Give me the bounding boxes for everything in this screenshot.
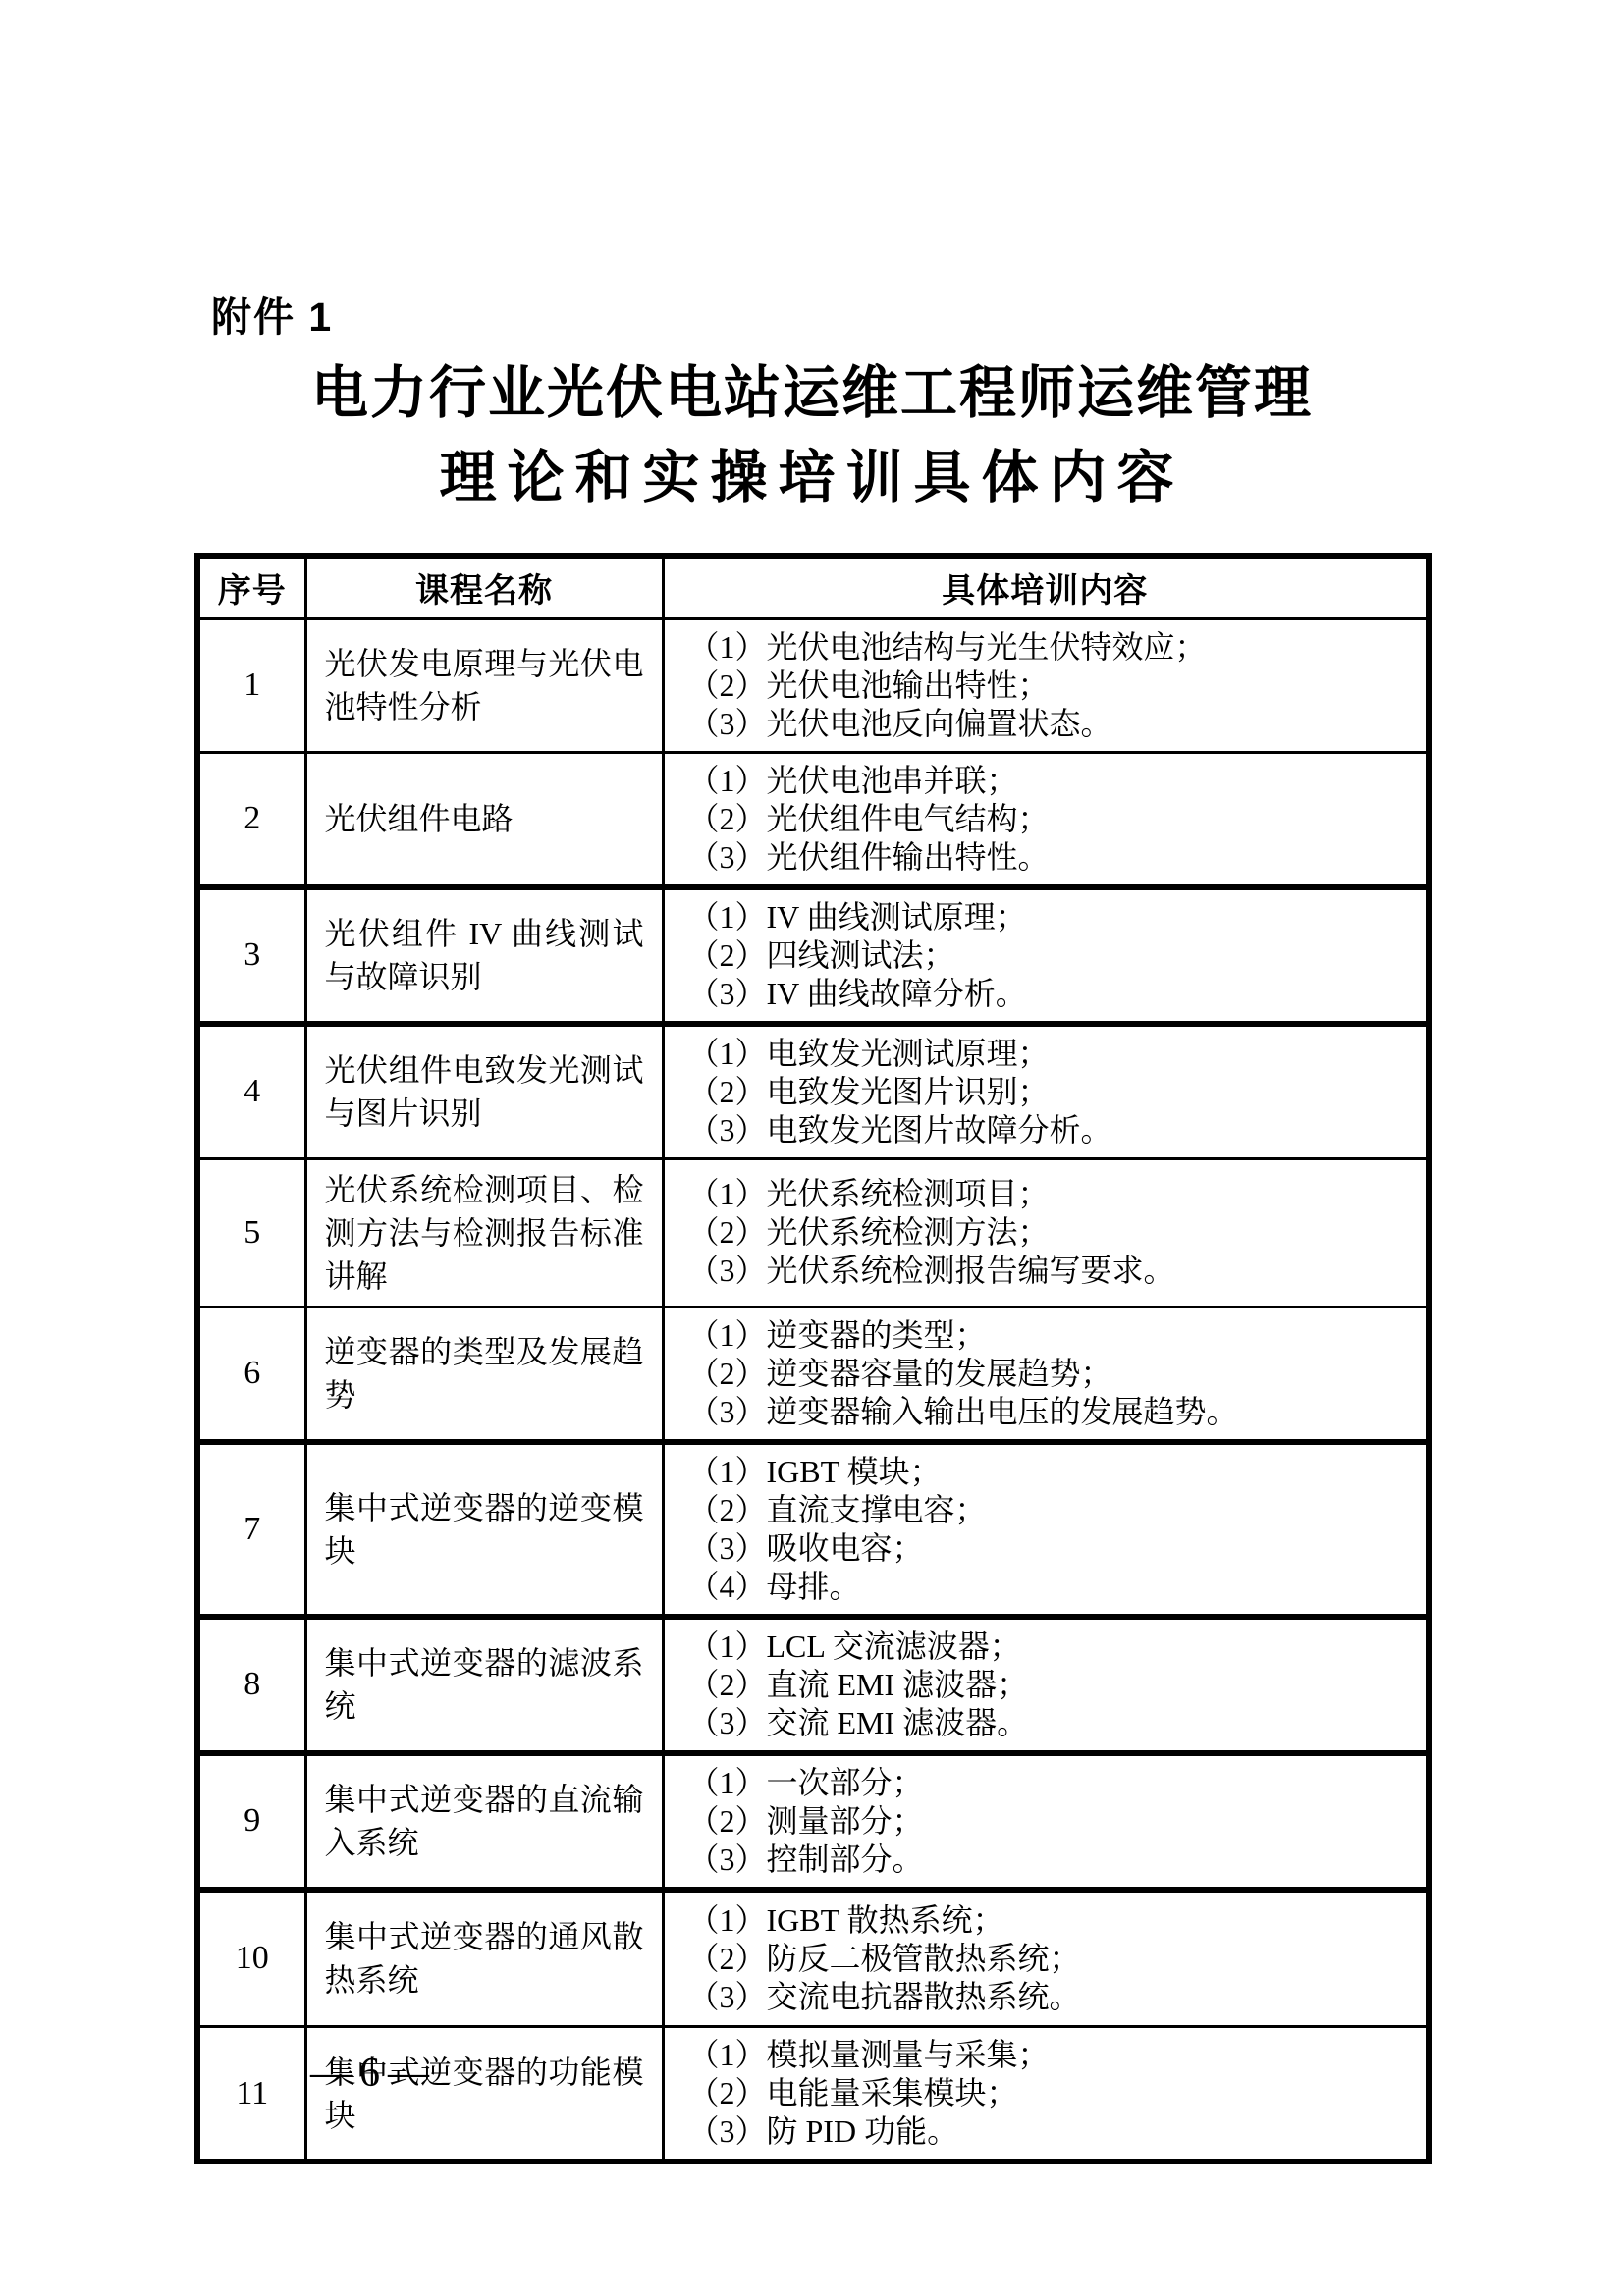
content-line: （2）直流 EMI 滤波器； (688, 1666, 1415, 1704)
content-line: （2）电能量采集模块； (688, 2074, 1415, 2112)
content-line: （3）吸收电容； (688, 1529, 1415, 1568)
course-content: （1）IV 曲线测试原理；（2）四线测试法；（3）IV 曲线故障分析。 (663, 887, 1429, 1024)
course-content: （1）电致发光测试原理；（2）电致发光图片识别；（3）电致发光图片故障分析。 (663, 1024, 1429, 1159)
row-number: 4 (197, 1024, 305, 1159)
table-row: 8集中式逆变器的滤波系统（1）LCL 交流滤波器；（2）直流 EMI 滤波器；（… (197, 1617, 1429, 1753)
course-name: 光伏组件电致发光测试与图片识别 (305, 1024, 663, 1159)
header-row: 序号 课程名称 具体培训内容 (197, 556, 1429, 618)
content-line: （3）控制部分。 (688, 1841, 1415, 1879)
course-name: 逆变器的类型及发展趋势 (305, 1307, 663, 1442)
course-content: （1）IGBT 模块；（2）直流支撑电容；（3）吸收电容；（4）母排。 (663, 1442, 1429, 1617)
content-line: （3）交流电抗器散热系统。 (688, 1978, 1415, 2016)
course-name: 光伏组件电路 (305, 752, 663, 887)
row-number: 2 (197, 752, 305, 887)
page-number: —6— (310, 2050, 437, 2097)
row-number: 5 (197, 1158, 305, 1307)
table-row: 10集中式逆变器的通风散热系统（1）IGBT 散热系统；（2）防反二极管散热系统… (197, 1890, 1429, 2027)
course-content: （1）逆变器的类型；（2）逆变器容量的发展趋势；（3）逆变器输入输出电压的发展趋… (663, 1307, 1429, 1442)
header-training-content: 具体培训内容 (663, 556, 1429, 618)
content-line: （1）光伏电池串并联； (688, 762, 1415, 800)
table-header: 序号 课程名称 具体培训内容 (197, 556, 1429, 618)
row-number: 11 (197, 2027, 305, 2163)
table-body: 1光伏发电原理与光伏电池特性分析（1）光伏电池结构与光生伏特效应；（2）光伏电池… (197, 618, 1429, 2162)
row-number: 3 (197, 887, 305, 1024)
course-content: （1）IGBT 散热系统；（2）防反二极管散热系统；（3）交流电抗器散热系统。 (663, 1890, 1429, 2027)
content-line: （2）光伏系统检测方法； (688, 1213, 1415, 1252)
table-row: 3光伏组件 IV 曲线测试与故障识别（1）IV 曲线测试原理；（2）四线测试法；… (197, 887, 1429, 1024)
content-line: （1）光伏电池结构与光生伏特效应； (688, 628, 1415, 667)
table-row: 4光伏组件电致发光测试与图片识别（1）电致发光测试原理；（2）电致发光图片识别；… (197, 1024, 1429, 1159)
document-title: 电力行业光伏电站运维工程师运维管理 理论和实操培训具体内容 (0, 351, 1624, 520)
content-line: （2）测量部分； (688, 1802, 1415, 1841)
row-number: 6 (197, 1307, 305, 1442)
attachment-label: 附件 1 (211, 285, 333, 343)
content-line: （3）逆变器输入输出电压的发展趋势。 (688, 1393, 1415, 1431)
row-number: 9 (197, 1753, 305, 1890)
content-line: （3）光伏电池反向偏置状态。 (688, 705, 1415, 743)
course-name: 光伏发电原理与光伏电池特性分析 (305, 618, 663, 752)
content-line: （4）母排。 (688, 1568, 1415, 1606)
row-number: 1 (197, 618, 305, 752)
table-row: 2光伏组件电路（1）光伏电池串并联；（2）光伏组件电气结构；（3）光伏组件输出特… (197, 752, 1429, 887)
row-number: 7 (197, 1442, 305, 1617)
course-content: （1）模拟量测量与采集；（2）电能量采集模块；（3）防 PID 功能。 (663, 2027, 1429, 2163)
content-line: （2）直流支撑电容； (688, 1491, 1415, 1529)
table-row: 7集中式逆变器的逆变模块（1）IGBT 模块；（2）直流支撑电容；（3）吸收电容… (197, 1442, 1429, 1617)
table-row: 6逆变器的类型及发展趋势（1）逆变器的类型；（2）逆变器容量的发展趋势；（3）逆… (197, 1307, 1429, 1442)
content-line: （2）防反二极管散热系统； (688, 1940, 1415, 1978)
content-line: （1）LCL 交流滤波器； (688, 1628, 1415, 1666)
table-row: 1光伏发电原理与光伏电池特性分析（1）光伏电池结构与光生伏特效应；（2）光伏电池… (197, 618, 1429, 752)
content-line: （2）光伏电池输出特性； (688, 667, 1415, 705)
content-line: （1）模拟量测量与采集； (688, 2036, 1415, 2074)
content-line: （1）光伏系统检测项目； (688, 1175, 1415, 1213)
course-content: （1）光伏系统检测项目；（2）光伏系统检测方法；（3）光伏系统检测报告编写要求。 (663, 1158, 1429, 1307)
content-line: （1）一次部分； (688, 1764, 1415, 1802)
title-line-1: 电力行业光伏电站运维工程师运维管理 (0, 351, 1624, 436)
header-course-name: 课程名称 (305, 556, 663, 618)
content-line: （1）IGBT 散热系统； (688, 1901, 1415, 1940)
title-line-2: 理论和实操培训具体内容 (0, 436, 1624, 520)
course-name: 集中式逆变器的滤波系统 (305, 1617, 663, 1753)
content-line: （3）光伏组件输出特性。 (688, 838, 1415, 877)
content-line: （3）电致发光图片故障分析。 (688, 1111, 1415, 1149)
content-line: （1）IGBT 模块； (688, 1453, 1415, 1491)
content-line: （1）电致发光测试原理； (688, 1035, 1415, 1073)
course-name: 集中式逆变器的通风散热系统 (305, 1890, 663, 2027)
course-name: 光伏系统检测项目、检测方法与检测报告标准讲解 (305, 1158, 663, 1307)
content-line: （3）IV 曲线故障分析。 (688, 975, 1415, 1013)
course-content: （1）光伏电池串并联；（2）光伏组件电气结构；（3）光伏组件输出特性。 (663, 752, 1429, 887)
course-name: 集中式逆变器的直流输入系统 (305, 1753, 663, 1890)
document-page: 附件 1 电力行业光伏电站运维工程师运维管理 理论和实操培训具体内容 序号 课程… (0, 0, 1624, 2296)
course-content: （1）一次部分；（2）测量部分；（3）控制部分。 (663, 1753, 1429, 1890)
content-line: （3）防 PID 功能。 (688, 2112, 1415, 2151)
content-line: （3）光伏系统检测报告编写要求。 (688, 1252, 1415, 1290)
table-row: 9集中式逆变器的直流输入系统（1）一次部分；（2）测量部分；（3）控制部分。 (197, 1753, 1429, 1890)
content-line: （2）电致发光图片识别； (688, 1073, 1415, 1111)
header-serial-number: 序号 (197, 556, 305, 618)
content-line: （1）IV 曲线测试原理； (688, 898, 1415, 936)
course-content: （1）LCL 交流滤波器；（2）直流 EMI 滤波器；（3）交流 EMI 滤波器… (663, 1617, 1429, 1753)
content-line: （1）逆变器的类型； (688, 1316, 1415, 1355)
training-table: 序号 课程名称 具体培训内容 1光伏发电原理与光伏电池特性分析（1）光伏电池结构… (194, 553, 1432, 2164)
row-number: 10 (197, 1890, 305, 2027)
course-content: （1）光伏电池结构与光生伏特效应；（2）光伏电池输出特性；（3）光伏电池反向偏置… (663, 618, 1429, 752)
content-line: （3）交流 EMI 滤波器。 (688, 1704, 1415, 1742)
content-line: （2）光伏组件电气结构； (688, 800, 1415, 838)
content-line: （2）四线测试法； (688, 936, 1415, 975)
course-name: 集中式逆变器的逆变模块 (305, 1442, 663, 1617)
table-row: 5光伏系统检测项目、检测方法与检测报告标准讲解（1）光伏系统检测项目；（2）光伏… (197, 1158, 1429, 1307)
course-name: 光伏组件 IV 曲线测试与故障识别 (305, 887, 663, 1024)
content-line: （2）逆变器容量的发展趋势； (688, 1355, 1415, 1393)
row-number: 8 (197, 1617, 305, 1753)
